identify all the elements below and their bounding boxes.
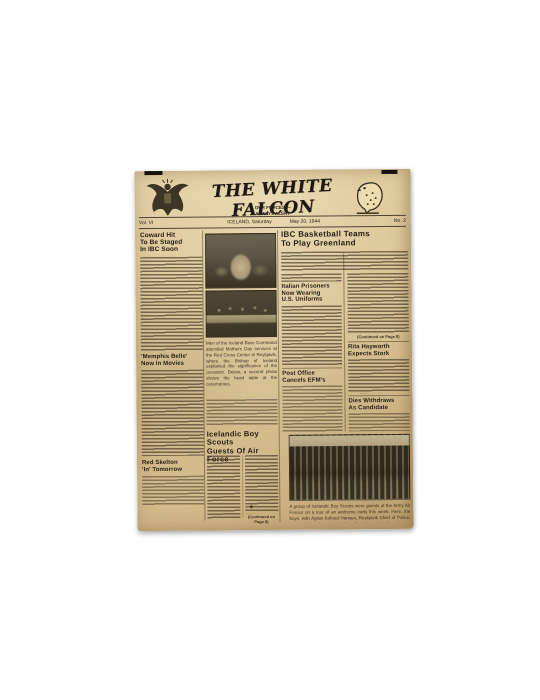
headline-line: Cancels EFM's	[282, 377, 342, 384]
newspaper-front-page: THE WHITE FALCON OUR FORCES — ALWAYS ALE…	[134, 169, 413, 531]
section-rule	[348, 395, 409, 397]
headline-ibc-basketball: IBC Basketball Teams To Play Greenland	[281, 230, 408, 249]
body-text-block	[206, 399, 277, 427]
body-text-block	[348, 359, 409, 394]
body-text-block	[281, 273, 341, 282]
section-rule	[282, 367, 342, 369]
body-text-block	[281, 251, 408, 272]
mothers-day-service-photo	[205, 233, 276, 289]
body-text-block	[142, 476, 204, 507]
dateline-place: ICELAND, Saturday	[227, 219, 272, 225]
scan-mark-left	[144, 171, 162, 175]
body-text-block	[140, 257, 203, 352]
head-table-photo	[205, 290, 276, 338]
headline-line: In IBC Soon	[140, 246, 202, 254]
scan-background: THE WHITE FALCON OUR FORCES — ALWAYS ALE…	[0, 0, 540, 700]
body-text-block	[347, 273, 409, 334]
headline-line: 'In' Tomorrow	[142, 466, 204, 473]
page-number-mark	[250, 505, 252, 508]
volume-label: Vol. VI	[139, 220, 154, 226]
issue-number: No. 2	[394, 218, 406, 224]
boy-scouts-group-photo	[289, 434, 411, 501]
services-photo-caption: Men of the Iceland Base Command attended…	[206, 340, 277, 397]
continued-note-basketball: (Continued on Page 8)	[348, 334, 409, 340]
dateline-date: May 20, 1944	[290, 219, 320, 225]
continued-note-scouts: (Continued on Page 8)	[243, 514, 279, 524]
headline-red-skelton: Red Skelton 'In' Tomorrow	[142, 460, 204, 474]
boy-scouts-photo-caption: A group of Icelandic Boy Scouts were gue…	[289, 503, 410, 523]
headline-coward-hit: Coward Hit To Be Staged In IBC Soon	[140, 232, 202, 254]
column-rule-3	[343, 253, 346, 431]
section-rule	[348, 341, 409, 343]
headline-line: Expects Stork	[348, 350, 409, 357]
headline-line: As Candidate	[348, 404, 409, 411]
headline-line: Now In Movies	[141, 360, 203, 367]
headline-post-office: Post Office Cancels EFM's	[282, 370, 342, 384]
headline-line: Icelandic Boy Scouts	[207, 430, 283, 447]
body-text-block	[207, 455, 241, 519]
scouts-column-rule	[242, 455, 244, 517]
eagle-emblem-icon	[143, 177, 191, 219]
headline-rita-hayworth: Rita Hayworth Expects Stork	[348, 344, 409, 358]
scan-mark-right	[381, 170, 397, 174]
white-falcon-icon	[349, 179, 397, 217]
headline-memphis-belle: 'Memphis Belle' Now In Movies	[141, 354, 203, 368]
headline-italian-prisoners: Italian Prisoners Now Wearing U.S. Unifo…	[281, 283, 341, 303]
headline-line: To Play Greenland	[281, 239, 408, 249]
body-text-block	[282, 385, 342, 432]
headline-line: U.S. Uniforms	[282, 297, 342, 304]
body-text-block	[141, 370, 204, 457]
body-text-block	[349, 413, 410, 432]
body-text-block	[282, 305, 343, 366]
headline-dies-withdraws: Dies Withdraws As Candidate	[348, 398, 409, 412]
